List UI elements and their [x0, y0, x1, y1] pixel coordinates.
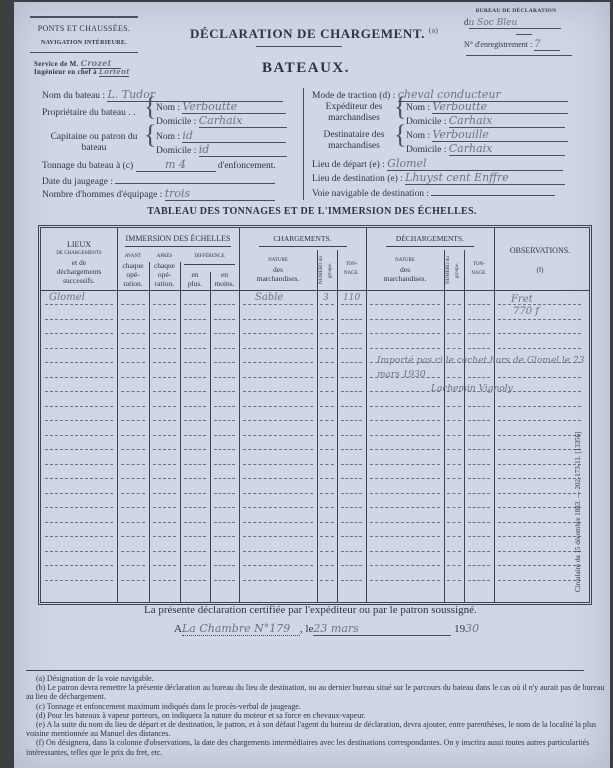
- header-load-tonnage: TON- NAGE.: [337, 260, 366, 278]
- row-rule: [184, 507, 206, 508]
- header-text: et de: [41, 258, 117, 267]
- header-unloading: DÉCHARGEMENTS.: [366, 234, 494, 243]
- row-rule: [370, 507, 440, 508]
- header-load-group: NUMÉRO du groupe.: [317, 252, 337, 288]
- header-text: en: [210, 270, 239, 279]
- row-rule: [370, 464, 440, 465]
- row-rule: [45, 304, 113, 305]
- row-rule: [468, 348, 490, 349]
- row-rule: [214, 493, 235, 494]
- row-rule: [184, 391, 206, 392]
- header-loading: CHARGEMENTS.: [239, 234, 366, 243]
- header-text: marchandises.: [239, 274, 317, 283]
- row-rule: [370, 565, 440, 566]
- row-rule: [243, 435, 313, 436]
- row-rule: [121, 319, 145, 320]
- crew-value: trois: [165, 187, 275, 201]
- row-rule: [341, 507, 362, 508]
- row-rule: [184, 435, 206, 436]
- row-rule: [214, 435, 235, 436]
- row-rule: [45, 319, 113, 320]
- row-rule: [153, 580, 176, 581]
- header-text: APRÈS: [149, 252, 180, 261]
- row-rule: [370, 580, 440, 581]
- tonnage-label: Tonnage du bateau à (c): [42, 161, 133, 171]
- captain-domicile-label: Domicile :: [156, 146, 196, 156]
- col-divider: [464, 250, 465, 602]
- header-plus: en plus.: [180, 270, 210, 288]
- engineer-value: Lorient: [99, 67, 129, 77]
- gauge-date-value: [115, 173, 275, 184]
- gauge-date-field: Date du jaugeage :: [42, 173, 296, 187]
- owner-domicile-field: Domicile : Carhaix: [156, 114, 296, 128]
- captain-domicile-field: Domicile : id: [156, 143, 296, 157]
- header-text: opé-: [149, 270, 180, 279]
- row-rule: [468, 536, 490, 537]
- handwritten-annotation: Importé pas ci le cachet hors de Glomel …: [377, 354, 587, 382]
- row-rule: [153, 377, 176, 378]
- row-rule: [468, 565, 490, 566]
- row-rule: [153, 522, 176, 523]
- page-subtitle: BATEAUX.: [262, 60, 350, 77]
- row-rule: [320, 536, 334, 537]
- col-divider: [317, 250, 318, 602]
- row-rule: [341, 377, 362, 378]
- row-rule: [153, 507, 176, 508]
- shipper-domicile-label: Domicile :: [406, 117, 446, 127]
- row-rule: [121, 580, 145, 581]
- row-rule: [184, 478, 206, 479]
- notes-rule: [26, 670, 584, 671]
- divider: [259, 246, 347, 247]
- header-text: marchandises.: [366, 274, 444, 283]
- row-rule: [243, 449, 313, 450]
- header-text: moins.: [210, 279, 239, 288]
- row-rule: [184, 377, 206, 378]
- row-rule: [370, 449, 440, 450]
- row-rule: [447, 319, 461, 320]
- row-rule: [341, 536, 362, 537]
- row-rule: [370, 319, 440, 320]
- row-rule: [341, 406, 362, 407]
- title-note: (a): [429, 27, 439, 35]
- row-rule: [320, 348, 334, 349]
- row-rule: [45, 580, 113, 581]
- row-rule: [370, 522, 440, 523]
- row-rule: [498, 580, 581, 581]
- row-rule: [243, 551, 313, 552]
- shipper-domicile-field: Domicile : Carhaix: [406, 114, 586, 128]
- captain-name-value: id: [182, 129, 286, 143]
- certification-line: ALa Chambre N°179, le23 mars 1930: [174, 622, 479, 636]
- shipper-name-field: Nom : Verboutte: [406, 100, 586, 114]
- row-rule: [184, 362, 206, 363]
- row-rule: [214, 333, 235, 334]
- row-rule: [341, 449, 362, 450]
- boat-name-label: Nom du bateau :: [42, 91, 105, 101]
- header-places: LIEUX DE CHARGEMENTS et de déchargements…: [41, 240, 117, 285]
- col-divider: [239, 228, 240, 602]
- header-text: AVANT: [117, 252, 149, 261]
- row-rule: [121, 493, 145, 494]
- row-rule: [341, 420, 362, 421]
- owner-domicile-label: Domicile :: [156, 117, 196, 127]
- row-rule: [320, 464, 334, 465]
- captain-domicile-value: id: [199, 143, 287, 157]
- brace-icon: {: [394, 94, 406, 120]
- row-rule: [243, 377, 313, 378]
- consignee-name-label: Nom :: [406, 131, 430, 141]
- ministry-label: PONTS ET CHAUSSÉES.: [30, 24, 138, 33]
- divider: [516, 34, 532, 35]
- row-rule: [184, 551, 206, 552]
- row-rule: [498, 449, 581, 450]
- brace-icon: {: [394, 122, 406, 148]
- table-title: TABLEAU DES TONNAGES ET DE L'IMMERSION D…: [14, 206, 610, 217]
- row-rule: [121, 449, 145, 450]
- row-rule: [45, 522, 113, 523]
- row-rule: [153, 391, 176, 392]
- row-rule: [45, 420, 113, 421]
- row-rule: [320, 493, 334, 494]
- row-rule: [447, 464, 461, 465]
- tonnage-field: Tonnage du bateau à (c) m 4 d'enfoncemen…: [42, 158, 312, 172]
- row1-load-tonnage: 110: [343, 293, 360, 303]
- header-text: NATURE: [239, 256, 317, 265]
- row-rule: [121, 420, 145, 421]
- row-rule: [45, 536, 113, 537]
- row-rule: [214, 580, 235, 581]
- row-rule: [341, 333, 362, 334]
- row-rule: [447, 420, 461, 421]
- divider: [466, 55, 572, 56]
- footnote: (f) On désignera, dans la colonne d'obse…: [26, 738, 606, 756]
- col-divider: [337, 250, 338, 602]
- handwritten-signature: Lachemin Vignoly: [431, 384, 513, 394]
- shipper-name-label: Nom :: [406, 103, 430, 113]
- captain-label: Capitaine ou patron du bateau: [42, 132, 146, 154]
- row-rule: [153, 304, 176, 305]
- departure-label: Lieu de départ (e) :: [312, 160, 385, 170]
- header-text: en: [180, 270, 210, 279]
- header-text: NATURE: [366, 256, 444, 265]
- header-difference: DIFFÉRENCE: [180, 252, 239, 261]
- consignee-domicile-value: Carhaix: [449, 142, 565, 156]
- row-rule: [320, 406, 334, 407]
- title-rule: [256, 46, 342, 47]
- row-rule: [447, 333, 461, 334]
- header-observations-note: (f): [494, 266, 586, 275]
- row-rule: [498, 551, 581, 552]
- row-rule: [243, 304, 313, 305]
- row-rule: [320, 333, 334, 334]
- col-divider: [210, 272, 211, 602]
- row-rule: [214, 551, 235, 552]
- row-rule: [184, 493, 206, 494]
- row-rule: [45, 377, 113, 378]
- owner-name-value: Verboutte: [182, 100, 286, 114]
- row-rule: [468, 464, 490, 465]
- bureau-field: du Soc Bleu: [464, 17, 561, 29]
- tonnage-value: m 4: [136, 158, 216, 172]
- shipper-domicile-value: Carhaix: [449, 114, 565, 128]
- bureau-value: u Soc Bleu: [469, 18, 561, 29]
- captain-name-label: Nom :: [156, 132, 180, 142]
- row-rule: [341, 522, 362, 523]
- row-rule: [153, 464, 176, 465]
- header-text: TON-: [337, 260, 366, 269]
- col-divider: [149, 262, 150, 602]
- header-text: plus.: [180, 279, 210, 288]
- row-rule: [370, 551, 440, 552]
- divider: [303, 88, 304, 200]
- header-text: déchargements: [41, 267, 117, 276]
- header-text: ration.: [149, 279, 180, 288]
- row-rule: [370, 348, 440, 349]
- header-text: des: [366, 265, 444, 274]
- row-rule: [341, 435, 362, 436]
- row-rule: [243, 536, 313, 537]
- row-rule: [243, 333, 313, 334]
- footnote: (e) A la suite du nom du lieu de départ …: [26, 720, 606, 738]
- row-rule: [184, 420, 206, 421]
- row-rule: [45, 464, 113, 465]
- row-rule: [121, 391, 145, 392]
- row-rule: [121, 551, 145, 552]
- owner-name-field: Nom : Verboutte: [156, 100, 296, 114]
- brace-icon: {: [144, 122, 156, 148]
- row-rule: [214, 377, 235, 378]
- header-after: APRÈS chaque opé- ration.: [149, 252, 180, 288]
- header-text: NAGE.: [337, 269, 366, 278]
- row-rule: [121, 435, 145, 436]
- consignee-domicile-label: Domicile :: [406, 145, 446, 155]
- row-rule: [320, 420, 334, 421]
- row1-load-nature: Sable: [255, 292, 283, 303]
- row-rule: [447, 449, 461, 450]
- row-rule: [320, 435, 334, 436]
- row-rule: [121, 362, 145, 363]
- row-rule: [153, 478, 176, 479]
- side-print-reference: Circulaire du 15 décembre 1883. — 202-17…: [574, 342, 594, 592]
- header-load-nature: NATURE des marchandises.: [239, 256, 317, 283]
- row-rule: [153, 435, 176, 436]
- row-rule: [341, 362, 362, 363]
- row-rule: [320, 391, 334, 392]
- row-rule: [320, 565, 334, 566]
- row-rule: [45, 348, 113, 349]
- header-text: DE CHARGEMENTS: [41, 249, 117, 258]
- year-prefix: 19: [454, 623, 465, 635]
- row-rule: [320, 507, 334, 508]
- destination-field: Lieu de destination (e) : Lhuyst cent En…: [312, 171, 582, 185]
- row-rule: [184, 406, 206, 407]
- row-rule: [468, 493, 490, 494]
- row-rule: [320, 304, 334, 305]
- row-rule: [468, 522, 490, 523]
- header-text: LIEUX: [41, 240, 117, 249]
- waterway-field: Voie navigable de destination :: [312, 185, 582, 199]
- header-text: chaque: [117, 261, 149, 270]
- row-rule: [498, 493, 581, 494]
- divider: [30, 52, 138, 53]
- header-text: chaque: [149, 261, 180, 270]
- row-rule: [184, 522, 206, 523]
- declaration-form: PONTS ET CHAUSSÉES. NAVIGATION INTÉRIEUR…: [14, 2, 610, 768]
- date-value: 23 mars: [313, 622, 451, 636]
- row-rule: [341, 551, 362, 552]
- row-rule: [153, 362, 176, 363]
- row-rule: [153, 551, 176, 552]
- row-rule: [447, 304, 461, 305]
- row-rule: [341, 464, 362, 465]
- col-divider: [180, 262, 181, 602]
- row-rule: [45, 391, 113, 392]
- row-rule: [447, 493, 461, 494]
- row-rule: [320, 551, 334, 552]
- row-rule: [153, 565, 176, 566]
- row-rule: [121, 406, 145, 407]
- bureau-label: BUREAU DE DÉCLARATION: [446, 8, 586, 14]
- row-rule: [320, 449, 334, 450]
- row-rule: [243, 362, 313, 363]
- registration-value: 7: [534, 39, 560, 51]
- row-rule: [447, 348, 461, 349]
- consignee-label: Destinataire des marchandises: [312, 130, 396, 152]
- row-rule: [468, 580, 490, 581]
- row-rule: [341, 493, 362, 494]
- division-label: NAVIGATION INTÉRIEURE.: [30, 40, 138, 46]
- shipper-name-value: Verboutte: [432, 100, 568, 114]
- row-rule: [214, 420, 235, 421]
- row-rule: [370, 478, 440, 479]
- tonnage-suffix: d'enfoncement.: [218, 161, 276, 171]
- row-rule: [341, 391, 362, 392]
- destination-value: Lhuyst cent Enffre: [405, 171, 565, 185]
- destination-label: Lieu de destination (e) :: [312, 174, 403, 184]
- row-rule: [45, 478, 113, 479]
- row-rule: [468, 304, 490, 305]
- row-rule: [184, 449, 206, 450]
- footnote: (c) Tonnage et enfoncement maximum indiq…: [26, 702, 606, 711]
- row-rule: [214, 565, 235, 566]
- row-rule: [320, 522, 334, 523]
- row-rule: [243, 406, 313, 407]
- row-rule: [184, 464, 206, 465]
- row-rule: [498, 478, 581, 479]
- shipper-label: Expéditeur des marchandises: [312, 102, 396, 124]
- row-rule: [447, 507, 461, 508]
- row-rule: [121, 464, 145, 465]
- row-rule: [153, 420, 176, 421]
- row-rule: [214, 348, 235, 349]
- registration-label: N° d'enregistrement :: [464, 40, 532, 49]
- header-unload-nature: NATURE des marchandises.: [366, 256, 444, 283]
- row-rule: [184, 319, 206, 320]
- row-rule: [214, 464, 235, 465]
- row-rule: [468, 449, 490, 450]
- row-rule: [45, 565, 113, 566]
- row-rule: [341, 565, 362, 566]
- row-rule: [447, 522, 461, 523]
- certification-statement: La présente déclaration certifiée par l'…: [144, 604, 477, 616]
- row-rule: [243, 319, 313, 320]
- departure-value: Glomel: [387, 157, 563, 171]
- tonnage-table: LIEUX DE CHARGEMENTS et de déchargements…: [38, 225, 592, 605]
- row-rule: [243, 507, 313, 508]
- row-rule: [214, 449, 235, 450]
- header-immersion: IMMERSION DES ÉCHELLES: [117, 234, 239, 243]
- row-rule: [243, 580, 313, 581]
- row-rule: [121, 565, 145, 566]
- row-rule: [498, 348, 581, 349]
- row-rule: [468, 319, 490, 320]
- row-rule: [121, 377, 145, 378]
- row-rule: [320, 478, 334, 479]
- row-rule: [498, 522, 581, 523]
- place-value: La Chambre N°179: [182, 622, 300, 636]
- row-rule: [214, 507, 235, 508]
- row-rule: [447, 565, 461, 566]
- row-rule: [447, 435, 461, 436]
- row-rule: [498, 507, 581, 508]
- row-rule: [447, 536, 461, 537]
- row-rule: [121, 536, 145, 537]
- row-rule: [243, 565, 313, 566]
- row-rule: [468, 551, 490, 552]
- row-rule: [121, 304, 145, 305]
- footnote: (d) Pour les bateaux à vapeur porteurs, …: [26, 711, 606, 720]
- gauge-date-label: Date du jaugeage :: [42, 177, 113, 187]
- row1-load-group: 3: [323, 293, 329, 303]
- row-rule: [121, 522, 145, 523]
- row-rule: [153, 536, 176, 537]
- owner-name-label: Nom :: [156, 103, 180, 113]
- consignee-domicile-field: Domicile : Carhaix: [406, 142, 586, 156]
- consignee-name-value: Verbouille: [432, 128, 568, 142]
- row-rule: [370, 536, 440, 537]
- row-rule: [468, 478, 490, 479]
- row-rule: [243, 493, 313, 494]
- row-rule: [184, 348, 206, 349]
- row-rule: [45, 435, 113, 436]
- row-rule: [447, 478, 461, 479]
- row-rule: [214, 406, 235, 407]
- row-rule: [341, 580, 362, 581]
- year-value: 30: [465, 622, 479, 635]
- row-rule: [243, 420, 313, 421]
- row-rule: [370, 435, 440, 436]
- header-minus: en moins.: [210, 270, 239, 288]
- row-rule: [468, 435, 490, 436]
- row-rule: [153, 319, 176, 320]
- header-text: opé-: [117, 270, 149, 279]
- row-rule: [341, 304, 362, 305]
- row-rule: [214, 478, 235, 479]
- row-rule: [498, 435, 581, 436]
- row-rule: [45, 333, 113, 334]
- row-rule: [468, 420, 490, 421]
- row-rule: [320, 377, 334, 378]
- divider: [125, 246, 231, 247]
- col-divider: [444, 250, 445, 602]
- captain-name-field: Nom : id: [156, 129, 296, 143]
- col-divider: [366, 228, 367, 602]
- row-rule: [468, 406, 490, 407]
- row-rule: [341, 348, 362, 349]
- row-rule: [153, 333, 176, 334]
- header-text: ration.: [117, 279, 149, 288]
